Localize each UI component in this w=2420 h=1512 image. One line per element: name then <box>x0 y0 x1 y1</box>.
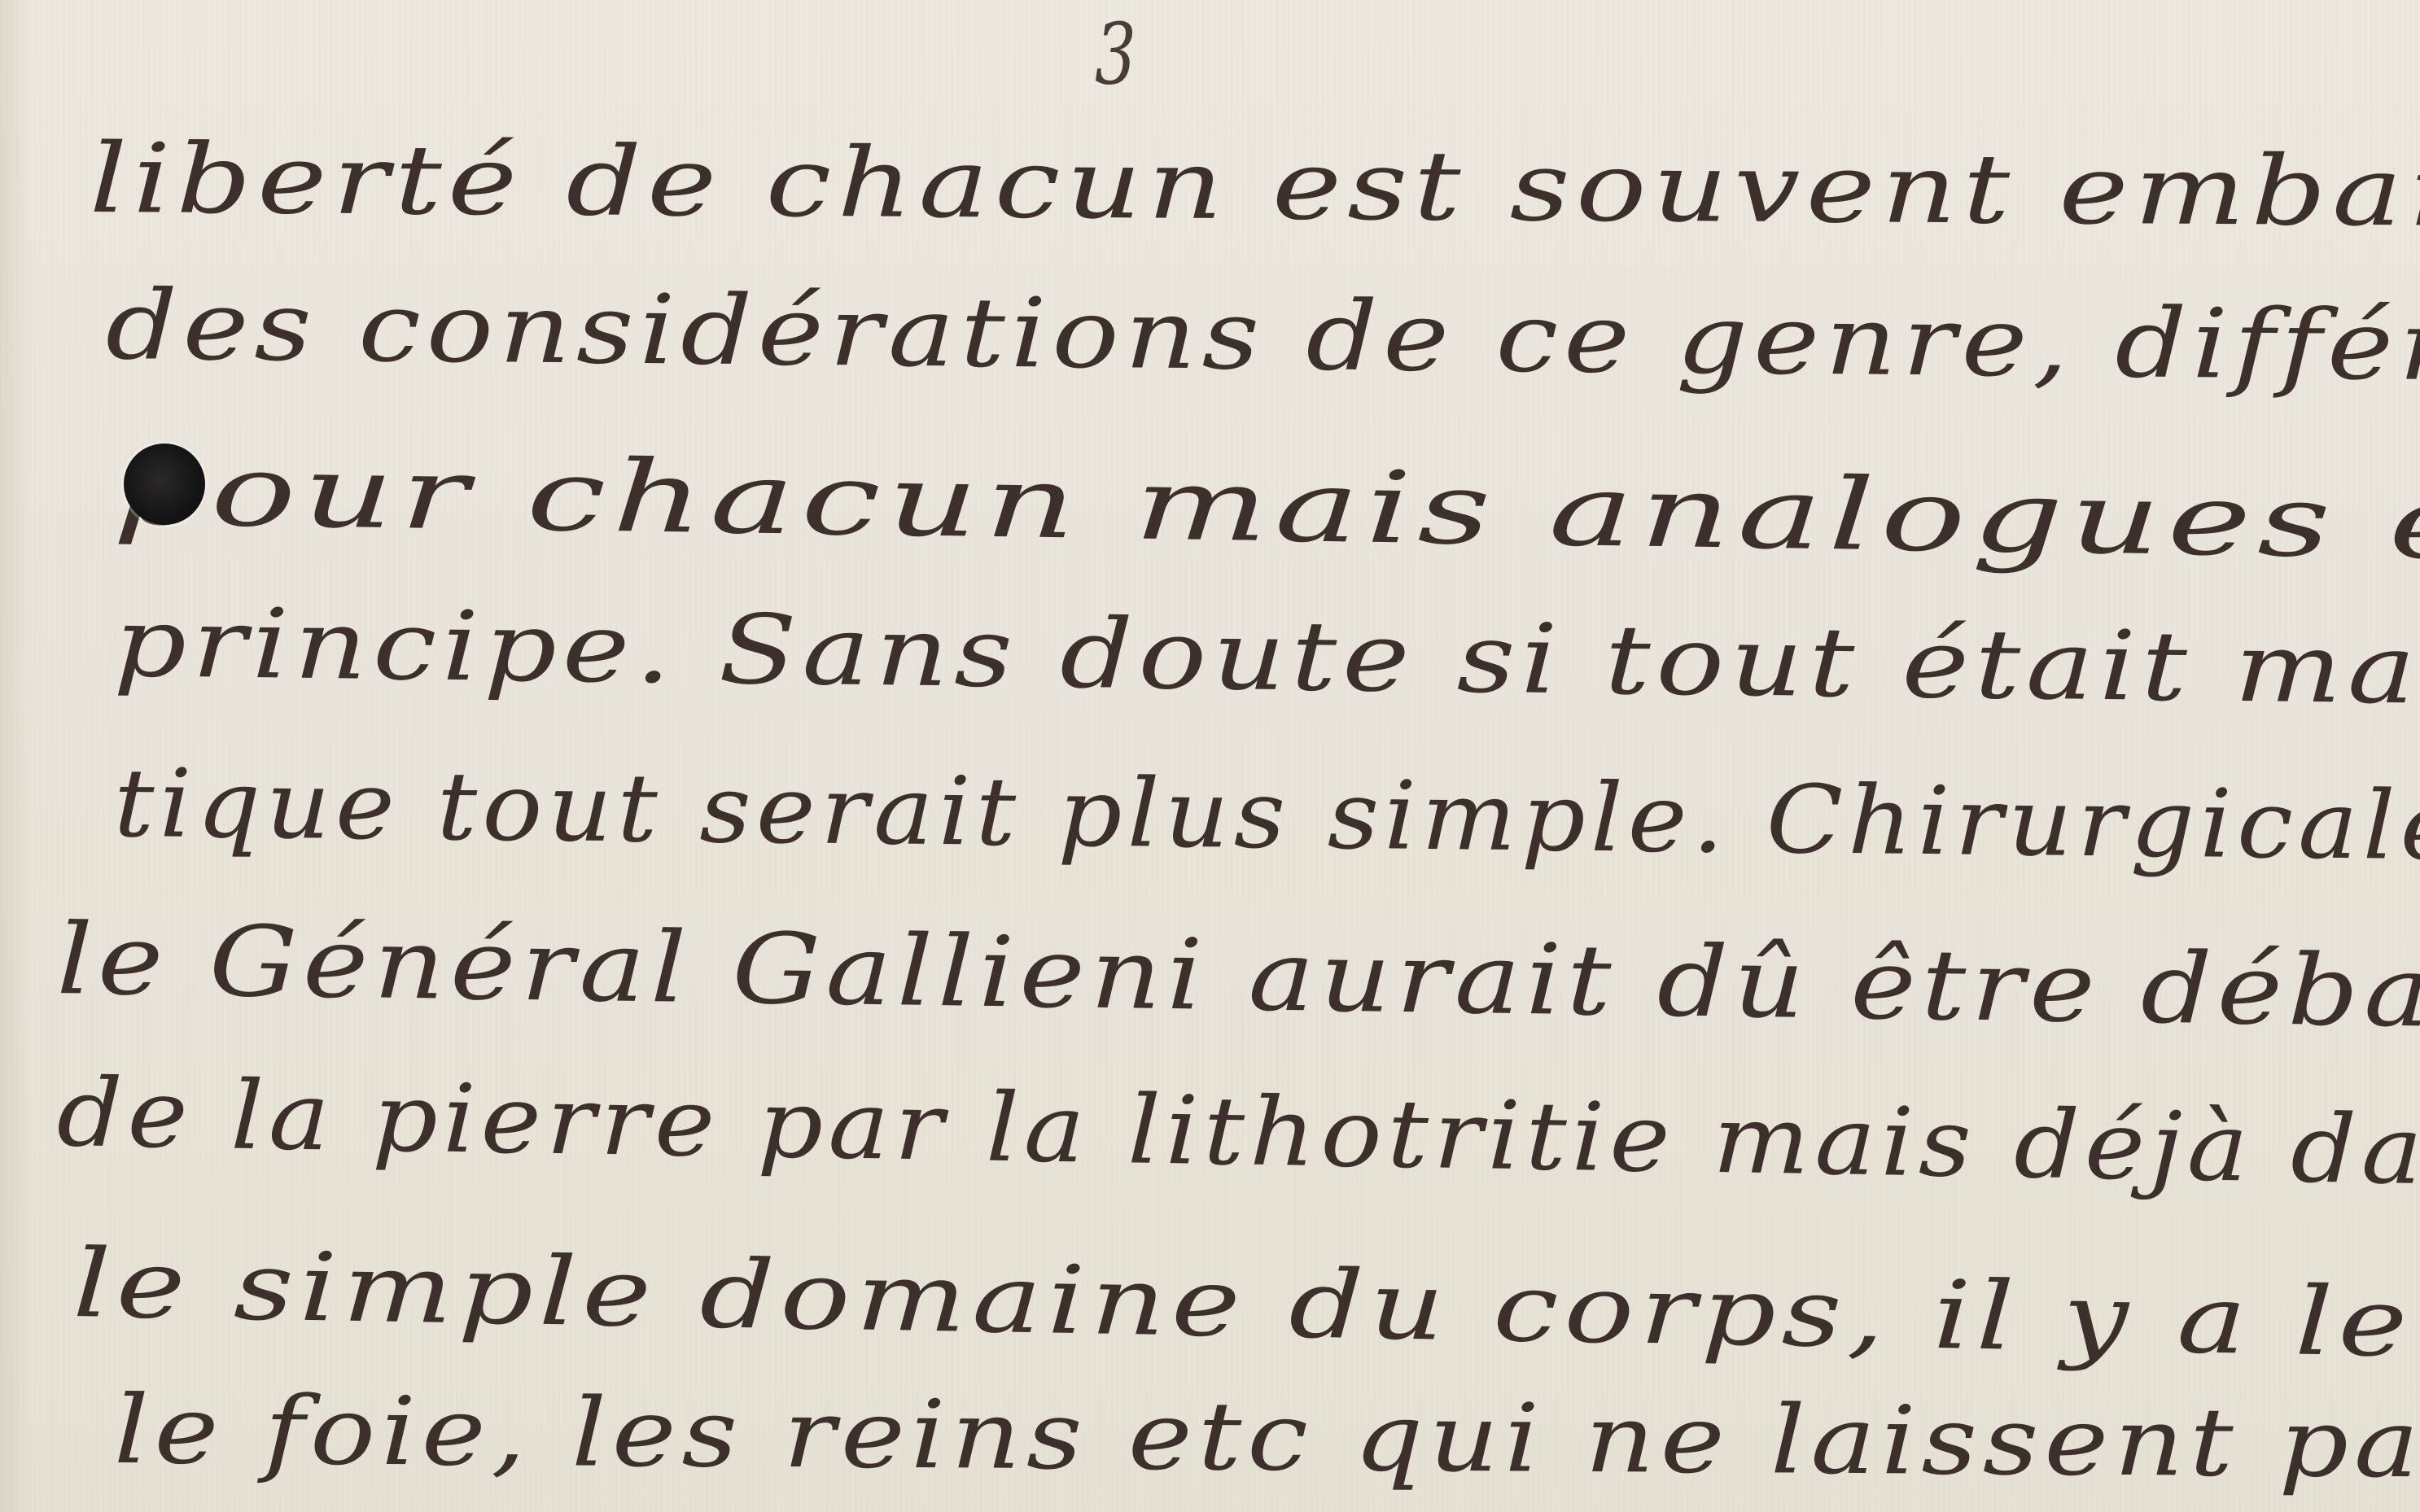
text-line: principe. Sans doute si tout était mathé… <box>113 586 2420 731</box>
manuscript-page: 3 liberté de chacun est souvent embarras… <box>0 0 2420 1512</box>
text-line: le foie, les reins etc qui ne laissent p… <box>113 1375 2420 1501</box>
text-line: tique tout serait plus simple. Chirurgic… <box>113 749 2420 885</box>
hole-punch <box>124 444 205 525</box>
text-line: pour chacun mais analogues en leur <box>112 431 2420 588</box>
handwritten-text: liberté de chacun est souvent embarrassé… <box>0 0 2420 1512</box>
text-line: le simple domaine du corps, il y a le cœ… <box>72 1229 2420 1385</box>
text-line: de la pierre par la lithotritie mais déj… <box>56 1058 2420 1208</box>
text-line: des considérations de ce genre, différen… <box>105 269 2420 405</box>
text-line: liberté de chacun est souvent embarrassé… <box>89 122 2420 252</box>
text-line: le Général Gallieni aurait dû être débar… <box>56 903 2420 1055</box>
